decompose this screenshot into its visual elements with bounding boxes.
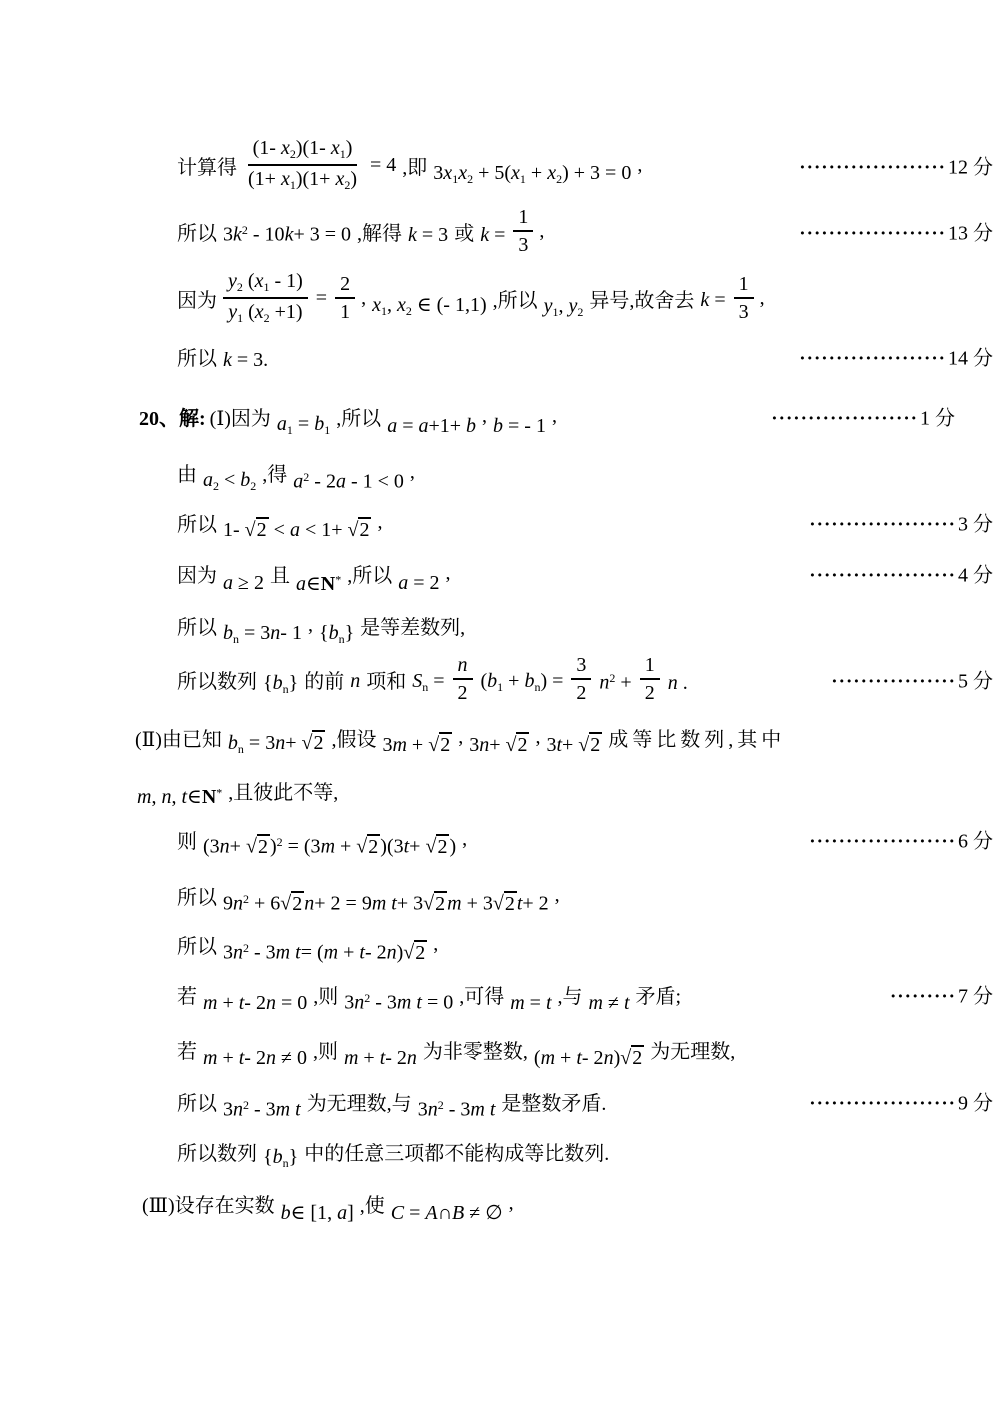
math-expression: a = 2: [398, 572, 439, 595]
math-roman: 2: [368, 836, 378, 858]
math-variable: t: [624, 992, 630, 1014]
math-roman: ≥ 2: [233, 572, 264, 594]
math-variable: m: [397, 992, 411, 1014]
math-roman: 2: [632, 1047, 642, 1069]
text-run: 矛盾;: [636, 980, 682, 1009]
fraction: (1- x2)(1- x1)(1+ x1)(1+ x2): [243, 137, 362, 192]
math-variable: k: [223, 349, 232, 371]
math-roman: ): [449, 836, 456, 858]
text-run: ,: [555, 884, 560, 907]
math-variable: C: [391, 1202, 404, 1224]
math-variable: m: [321, 836, 335, 858]
math-roman: (: [243, 270, 255, 292]
math-variable: n: [266, 1047, 276, 1069]
leader-dots: ····················: [799, 224, 946, 245]
math-variable: a: [336, 471, 346, 493]
line-compute-12pts: 计算得(1- x2)(1- x1)(1+ x1)(1+ x2)= 4,即3x1x…: [0, 133, 1000, 197]
math-roman: + 5(: [473, 162, 511, 184]
math-roman: - 3: [444, 1099, 471, 1121]
math-roman: ≠ 0: [276, 1047, 307, 1069]
radical-sign: √: [356, 836, 367, 858]
math-roman: 1: [340, 301, 350, 323]
math-variable: n: [599, 672, 609, 694]
math-variable: b: [493, 415, 503, 437]
math-variable: y: [228, 270, 237, 292]
math-roman: +: [409, 836, 425, 858]
math-roman: ,: [559, 295, 569, 317]
math-variable: t: [295, 1099, 301, 1121]
math-variable: n: [270, 622, 280, 644]
line-q20-part1-1pt: 20、解:(Ⅰ)因为a1 = b1,所以a = a+1+ b,b = - 1,·…: [0, 394, 1000, 438]
math-variable: m: [541, 1047, 555, 1069]
line-case1-7pts: 若m + t- 2n = 0,则3n2 - 3m t = 0,可得m = t,与…: [0, 971, 1000, 1017]
math-roman: ∩: [438, 1202, 452, 1224]
score-label: 14 分: [948, 348, 993, 370]
math-roman: +: [555, 1047, 576, 1069]
math-roman: (1+: [248, 168, 281, 190]
leader-dots: ····················: [809, 1094, 956, 1115]
text-run: 是等差数列,: [360, 611, 465, 640]
math-expression: x1, x2 ∈ (- 1,1): [372, 292, 487, 319]
math-roman: = 3.: [232, 349, 268, 371]
score-leader: ····················6 分: [809, 825, 993, 854]
math-roman: 1-: [223, 519, 245, 541]
math-roman: {: [263, 1146, 273, 1168]
math-roman: - 3: [249, 1099, 276, 1121]
math-roman: 3: [344, 992, 354, 1014]
math-expression: C = A∩B ≠ ∅: [391, 1200, 503, 1225]
math-variable: b: [223, 622, 233, 644]
square-root: √2: [578, 732, 602, 756]
math-expression: 3n2 - 3m t= (m + t- 2n)√2: [223, 941, 427, 965]
text-run: ,则: [313, 980, 338, 1009]
score-leader: ····················4 分: [809, 559, 993, 588]
math-roman: ,: [171, 786, 181, 808]
radical-sign: √: [428, 734, 439, 756]
text-run: ,且彼此不等,: [228, 776, 338, 805]
radical-sign: √: [493, 893, 504, 915]
math-expression: 3n2 - 3m t: [418, 1098, 496, 1122]
text-run: 所以: [177, 881, 217, 910]
math-variable: n: [407, 1047, 417, 1069]
math-roman: - 2: [244, 992, 266, 1014]
math-expression: m, n, t∈N*: [137, 784, 222, 809]
math-roman: ∈: [306, 573, 321, 595]
text-run: ,: [637, 154, 642, 177]
fraction-denominator: 2: [640, 680, 660, 704]
text-run: ,得: [262, 458, 287, 487]
radicand: 2: [256, 517, 269, 541]
math-roman: 2: [313, 732, 323, 754]
radicand: 2: [436, 834, 449, 858]
math-variable: n: [428, 1099, 438, 1121]
math-roman: 2: [415, 942, 425, 964]
math-roman: 2: [590, 734, 600, 756]
math-roman: }: [289, 672, 299, 694]
score-label: 4 分: [958, 565, 993, 587]
line-solve-k-13pts: 所以3k2 - 10k+ 3 = 0,解得k = 3或k =13,·······…: [0, 205, 1000, 257]
math-roman: 9: [223, 893, 233, 915]
math-roman: 1: [739, 273, 749, 295]
math-bold-symbol: N: [202, 786, 216, 808]
leader-dots: ····················: [799, 349, 946, 370]
line-a-equals-2-4pts: 因为a ≥ 2且a∈N*,所以a = 2,···················…: [0, 551, 1000, 595]
math-roman: 2: [440, 734, 450, 756]
math-variable: x: [331, 137, 340, 159]
math-roman: +1): [270, 301, 303, 323]
math-variable: m: [344, 1047, 358, 1069]
radical-sign: √: [301, 732, 312, 754]
math-roman: - 1 < 0: [346, 471, 404, 493]
math-roman: + 3: [397, 893, 423, 915]
square-root: √2: [423, 891, 447, 915]
math-variable: m: [324, 942, 338, 964]
math-variable: n: [387, 942, 397, 964]
math-expression: k = 3.: [223, 349, 268, 372]
math-roman: +: [230, 836, 246, 858]
text-run: ,使: [360, 1189, 385, 1218]
fraction-numerator: n: [453, 654, 473, 680]
line-conclusion-part2: 所以数列{bn}中的任意三项都不能构成等比数列.: [0, 1130, 1000, 1172]
text-run: ,: [482, 405, 487, 428]
text-run: 异号,故舍去: [589, 284, 694, 313]
fraction-numerator: 2: [335, 273, 355, 299]
subscript: 1: [324, 424, 330, 438]
math-roman: =: [404, 1202, 425, 1224]
math-variable: m: [137, 786, 151, 808]
math-roman: = 3: [239, 622, 270, 644]
math-roman: - 1): [269, 270, 302, 292]
math-roman: {: [263, 672, 273, 694]
score-leader: ····················12 分: [799, 151, 993, 180]
math-variable: n: [275, 732, 285, 754]
math-variable: n: [220, 836, 230, 858]
text-run: ,: [410, 461, 415, 484]
math-variable: a: [296, 573, 306, 595]
fraction-denominator: (1+ x1)(1+ x2): [243, 166, 362, 193]
math-variable: x: [335, 168, 344, 190]
math-variable: t: [546, 992, 552, 1014]
fraction: 13: [734, 273, 754, 324]
math-variable: x: [281, 168, 290, 190]
line-part3-setup: (Ⅲ)设存在实数b∈ [1, a],使C = A∩B ≠ ∅,: [0, 1180, 1000, 1226]
document-page: 计算得(1- x2)(1- x1)(1+ x1)(1+ x2)= 4,即3x1x…: [0, 0, 1000, 1415]
fraction-numerator: 1: [640, 654, 660, 680]
math-roman: ∈ [1,: [291, 1202, 337, 1224]
math-variable: m: [276, 1099, 290, 1121]
math-variable: a: [418, 415, 428, 437]
math-roman: ) + 3 = 0: [562, 162, 631, 184]
math-variable: a: [223, 572, 233, 594]
math-variable: m: [203, 992, 217, 1014]
math-variable: b: [314, 413, 324, 435]
math-expression: a = a+1+ b: [387, 415, 476, 438]
score-label: 5 分: [958, 671, 993, 693]
math-variable: S: [412, 670, 422, 692]
math-variable: n: [458, 654, 468, 676]
math-variable: b: [487, 670, 497, 692]
math-roman: +: [335, 836, 356, 858]
square-root: √2: [348, 517, 372, 541]
math-expression: (b1 + bn) =: [481, 670, 564, 695]
line-sign-analysis: 因为y2 (x1 - 1)y1 (x2 +1)=21,x1, x2 ∈ (- 1…: [0, 266, 1000, 330]
math-roman: ): [350, 168, 357, 190]
math-variable: y: [228, 301, 237, 323]
math-roman: +: [217, 992, 238, 1014]
math-variable: k: [233, 224, 242, 246]
math-expression: k =: [700, 289, 725, 312]
text-run: 为无理数,与: [307, 1087, 412, 1116]
math-variable: x: [397, 294, 406, 316]
line-expanded-equation: 所以9n2 + 6√2n+ 2 = 9m t+ 3√2m + 3√2t+ 2,: [0, 871, 1000, 919]
math-roman: 3: [469, 734, 479, 756]
math-expression: m + t- 2n = 0: [203, 992, 307, 1015]
math-expression: n2 +: [599, 671, 631, 695]
score-leader: ····················14 分: [799, 342, 993, 371]
math-variable: a: [398, 572, 408, 594]
fraction-denominator: 1: [335, 299, 355, 323]
math-variable: n: [479, 734, 489, 756]
math-roman: 2: [437, 836, 447, 858]
math-variable: A: [425, 1202, 437, 1224]
radicand: 2: [516, 732, 529, 756]
score-leader: ····················3 分: [809, 508, 993, 537]
math-expression: {bn}: [263, 1146, 298, 1171]
math-variable: n: [668, 672, 678, 694]
math-roman: (: [243, 301, 255, 323]
math-expression: n .: [668, 672, 688, 695]
square-root: √2: [403, 940, 427, 964]
radical-sign: √: [578, 734, 589, 756]
score-label: 7 分: [958, 986, 993, 1008]
square-root: √2: [246, 834, 270, 858]
math-roman: +: [217, 1047, 238, 1069]
text-run: ,: [760, 287, 765, 310]
math-expression: a2 - 2a - 1 < 0: [293, 470, 404, 494]
math-variable: n: [233, 942, 243, 964]
text-run: ,: [308, 614, 313, 637]
math-roman: - 2: [244, 1047, 266, 1069]
math-roman: )(1+: [296, 168, 336, 190]
text-run: 所以: [177, 508, 217, 537]
score-label: 1 分: [920, 408, 955, 430]
math-variable: m: [447, 893, 461, 915]
line-a2-less-b2: 由a2 < b2,得a2 - 2a - 1 < 0,: [0, 450, 1000, 494]
math-roman: - 3: [370, 992, 397, 1014]
radicand: 2: [312, 730, 325, 754]
math-roman: +: [285, 732, 301, 754]
math-roman: = 2: [408, 572, 439, 594]
math-roman: = 0: [422, 992, 453, 1014]
math-variable: x: [255, 301, 264, 323]
math-roman: =: [709, 289, 725, 311]
leader-dots: ····················: [809, 832, 956, 853]
math-variable: n: [161, 786, 171, 808]
math-expression: =: [316, 287, 327, 310]
math-expression: k = 3: [408, 224, 448, 247]
math-variable: m: [510, 992, 524, 1014]
radical-sign: √: [245, 519, 256, 541]
math-roman: ,: [151, 786, 161, 808]
score-label: 12 分: [948, 157, 993, 179]
math-roman: }: [345, 622, 355, 644]
math-roman: +: [407, 734, 428, 756]
math-variable: y: [569, 295, 578, 317]
text-run: 且: [270, 559, 290, 588]
radicand: 2: [367, 834, 380, 858]
superscript: *: [216, 785, 222, 799]
math-expression: 3n+ √2: [469, 734, 529, 757]
radical-sign: √: [505, 734, 516, 756]
math-roman: 2: [435, 893, 445, 915]
score-label: 6 分: [958, 831, 993, 853]
math-roman: ) =: [540, 670, 563, 692]
radicand: 2: [631, 1045, 644, 1069]
math-roman: ≠: [603, 992, 624, 1014]
math-variable: a: [290, 519, 300, 541]
math-roman: +: [503, 670, 524, 692]
text-run: ,即: [402, 151, 427, 180]
math-roman: = 0: [276, 992, 307, 1014]
radicand: 2: [439, 732, 452, 756]
line-mnt-in-N: m, n, t∈N*,且彼此不等,: [0, 769, 1000, 811]
math-expression: a1 = b1: [277, 413, 330, 438]
text-run: ,假设: [331, 723, 376, 752]
score-leader: ····················1 分: [771, 402, 955, 431]
text-run: ,: [535, 726, 540, 749]
text-run: ,: [361, 287, 366, 310]
math-expression: {bn}: [319, 622, 354, 647]
math-roman: = 3: [244, 732, 275, 754]
math-expression: a∈N*: [296, 571, 341, 596]
square-root: √2: [280, 891, 304, 915]
math-variable: k: [480, 224, 489, 246]
fraction-denominator: y1 (x2 +1): [223, 299, 307, 326]
math-roman: = 4: [370, 154, 396, 176]
math-expression: y1, y2: [544, 295, 584, 320]
math-roman: = - 1: [503, 415, 546, 437]
math-variable: n: [350, 670, 360, 692]
leader-dots: ····················: [799, 158, 946, 179]
square-root: √2: [245, 517, 269, 541]
math-variable: n: [266, 992, 276, 1014]
math-variable: b: [273, 1146, 283, 1168]
fraction-numerator: 3: [571, 654, 591, 680]
fraction: 32: [571, 654, 591, 705]
text-run: 是整数矛盾.: [501, 1087, 606, 1116]
math-roman: - 2: [385, 1047, 407, 1069]
math-expression: 9n2 + 6√2n+ 2 = 9m t+ 3√2m + 3√2t+ 2: [223, 892, 549, 916]
radicand: 2: [414, 940, 427, 964]
text-run: ,所以: [493, 284, 538, 313]
square-root: √2: [428, 732, 452, 756]
text-run: (Ⅰ)因为: [210, 402, 271, 431]
math-roman: (3: [203, 836, 220, 858]
math-variable: k: [700, 289, 709, 311]
math-roman: + 3 = 0: [293, 224, 351, 246]
math-roman: 2: [645, 682, 655, 704]
fraction: 21: [335, 273, 355, 324]
text-run: 由: [177, 458, 197, 487]
fraction: y2 (x1 - 1)y1 (x2 +1): [223, 270, 308, 325]
math-roman: (: [481, 670, 488, 692]
square-root: √2: [301, 730, 325, 754]
math-roman: )(3: [380, 836, 403, 858]
math-expression: = 4: [370, 154, 396, 177]
math-expression: 3m + √2: [382, 734, 452, 757]
math-expression: b∈ [1, a]: [281, 1200, 354, 1225]
square-root: √2: [620, 1045, 644, 1069]
fraction: 13: [513, 206, 533, 257]
math-roman: 3: [223, 942, 233, 964]
math-roman: <: [269, 519, 290, 541]
line-simplified-equation: 所以3n2 - 3m t= (m + t- 2n)√2,: [0, 921, 1000, 967]
text-run: 所以: [177, 342, 217, 371]
text-run: 中的任意三项都不能构成等比数列.: [304, 1137, 609, 1166]
math-expression: 3k2 - 10k+ 3 = 0: [223, 223, 351, 247]
math-variable: n: [604, 1047, 614, 1069]
text-run: 或: [454, 217, 474, 246]
subscript: 2: [250, 480, 256, 494]
math-expression: bn = 3n+ √2: [228, 732, 326, 757]
math-variable: x: [458, 162, 467, 184]
text-run: 20、解:: [139, 402, 206, 431]
fraction-numerator: y2 (x1 - 1): [223, 270, 308, 299]
math-roman: }: [289, 1146, 299, 1168]
math-variable: n: [354, 992, 364, 1014]
fraction-numerator: 1: [513, 206, 533, 232]
math-roman: 1: [645, 654, 655, 676]
math-roman: + 3: [462, 893, 493, 915]
math-roman: 2: [359, 519, 369, 541]
math-roman: 2: [257, 519, 267, 541]
math-expression: 3n2 - 3m t: [223, 1098, 301, 1122]
text-run: ,: [377, 511, 382, 534]
fraction-numerator: 1: [734, 273, 754, 299]
score-leader: ····················9 分: [809, 1087, 993, 1116]
math-variable: a: [387, 415, 397, 437]
radicand: 2: [434, 891, 447, 915]
math-roman: .: [678, 672, 688, 694]
math-expression: 3t+ √2: [546, 734, 602, 757]
square-root: √2: [425, 834, 449, 858]
text-run: 所以数列: [177, 665, 257, 694]
math-roman: +: [615, 672, 631, 694]
text-run: ,则: [313, 1035, 338, 1064]
leader-dots: ·················: [831, 672, 956, 693]
math-roman: 3: [739, 301, 749, 323]
text-run: 计算得: [177, 151, 237, 180]
math-roman: 1: [518, 206, 528, 228]
math-roman: +: [489, 734, 505, 756]
text-run: ,: [462, 828, 467, 851]
math-roman: {: [319, 622, 329, 644]
math-roman: 2: [258, 836, 268, 858]
text-run: 成等比数列,其中: [608, 723, 785, 752]
radicand: 2: [504, 891, 517, 915]
text-run: ,: [446, 562, 451, 585]
fraction-denominator: 3: [513, 232, 533, 256]
math-roman: +: [526, 162, 547, 184]
text-run: 所以: [177, 611, 217, 640]
math-variable: a: [203, 469, 213, 491]
subscript: 2: [577, 306, 583, 320]
math-bold-symbol: N: [321, 573, 335, 595]
math-roman: - 3: [249, 942, 276, 964]
math-expression: n: [350, 670, 360, 693]
leader-dots: ····················: [809, 566, 956, 587]
math-roman: - 2: [365, 942, 387, 964]
